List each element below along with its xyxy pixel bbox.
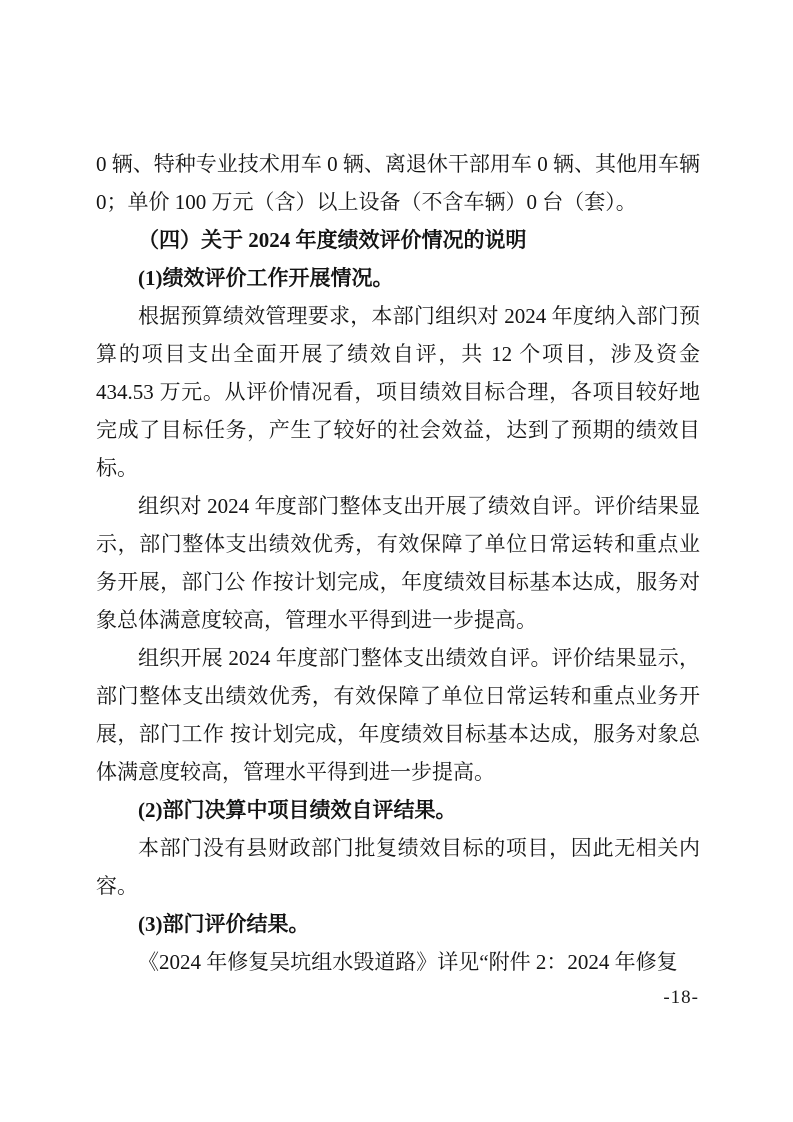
- paragraph-continued-vehicles: 0 辆、特种专业技术用车 0 辆、离退休干部用车 0 辆、其他用车辆 0；单价 …: [96, 145, 700, 221]
- paragraph-overall-expenditure-evaluation-2: 组织开展 2024 年度部门整体支出绩效自评。评价结果显示，部门整体支出绩效优秀…: [96, 639, 700, 791]
- document-body: 0 辆、特种专业技术用车 0 辆、离退休干部用车 0 辆、其他用车辆 0；单价 …: [96, 145, 700, 981]
- subheading-1-evaluation-work: (1)绩效评价工作开展情况。: [96, 259, 700, 297]
- paragraph-no-approved-targets: 本部门没有县财政部门批复绩效目标的项目，因此无相关内容。: [96, 829, 700, 905]
- paragraph-self-evaluation-projects: 根据预算绩效管理要求，本部门组织对 2024 年度纳入部门预算的项目支出全面开展…: [96, 297, 700, 487]
- paragraph-road-repair-attachment: 《2024 年修复吴坑组水毁道路》详见“附件 2：2024 年修复: [96, 943, 700, 981]
- paragraph-overall-expenditure-evaluation-1: 组织对 2024 年度部门整体支出开展了绩效自评。评价结果显示，部门整体支出绩效…: [96, 487, 700, 639]
- section-heading-si-performance-evaluation: （四）关于 2024 年度绩效评价情况的说明: [96, 221, 700, 259]
- subheading-3-department-evaluation-result: (3)部门评价结果。: [96, 905, 700, 943]
- document-page: 0 辆、特种专业技术用车 0 辆、离退休干部用车 0 辆、其他用车辆 0；单价 …: [0, 0, 793, 1122]
- page-number: -18-: [663, 986, 699, 1010]
- subheading-2-final-accounts-self-evaluation: (2)部门决算中项目绩效自评结果。: [96, 791, 700, 829]
